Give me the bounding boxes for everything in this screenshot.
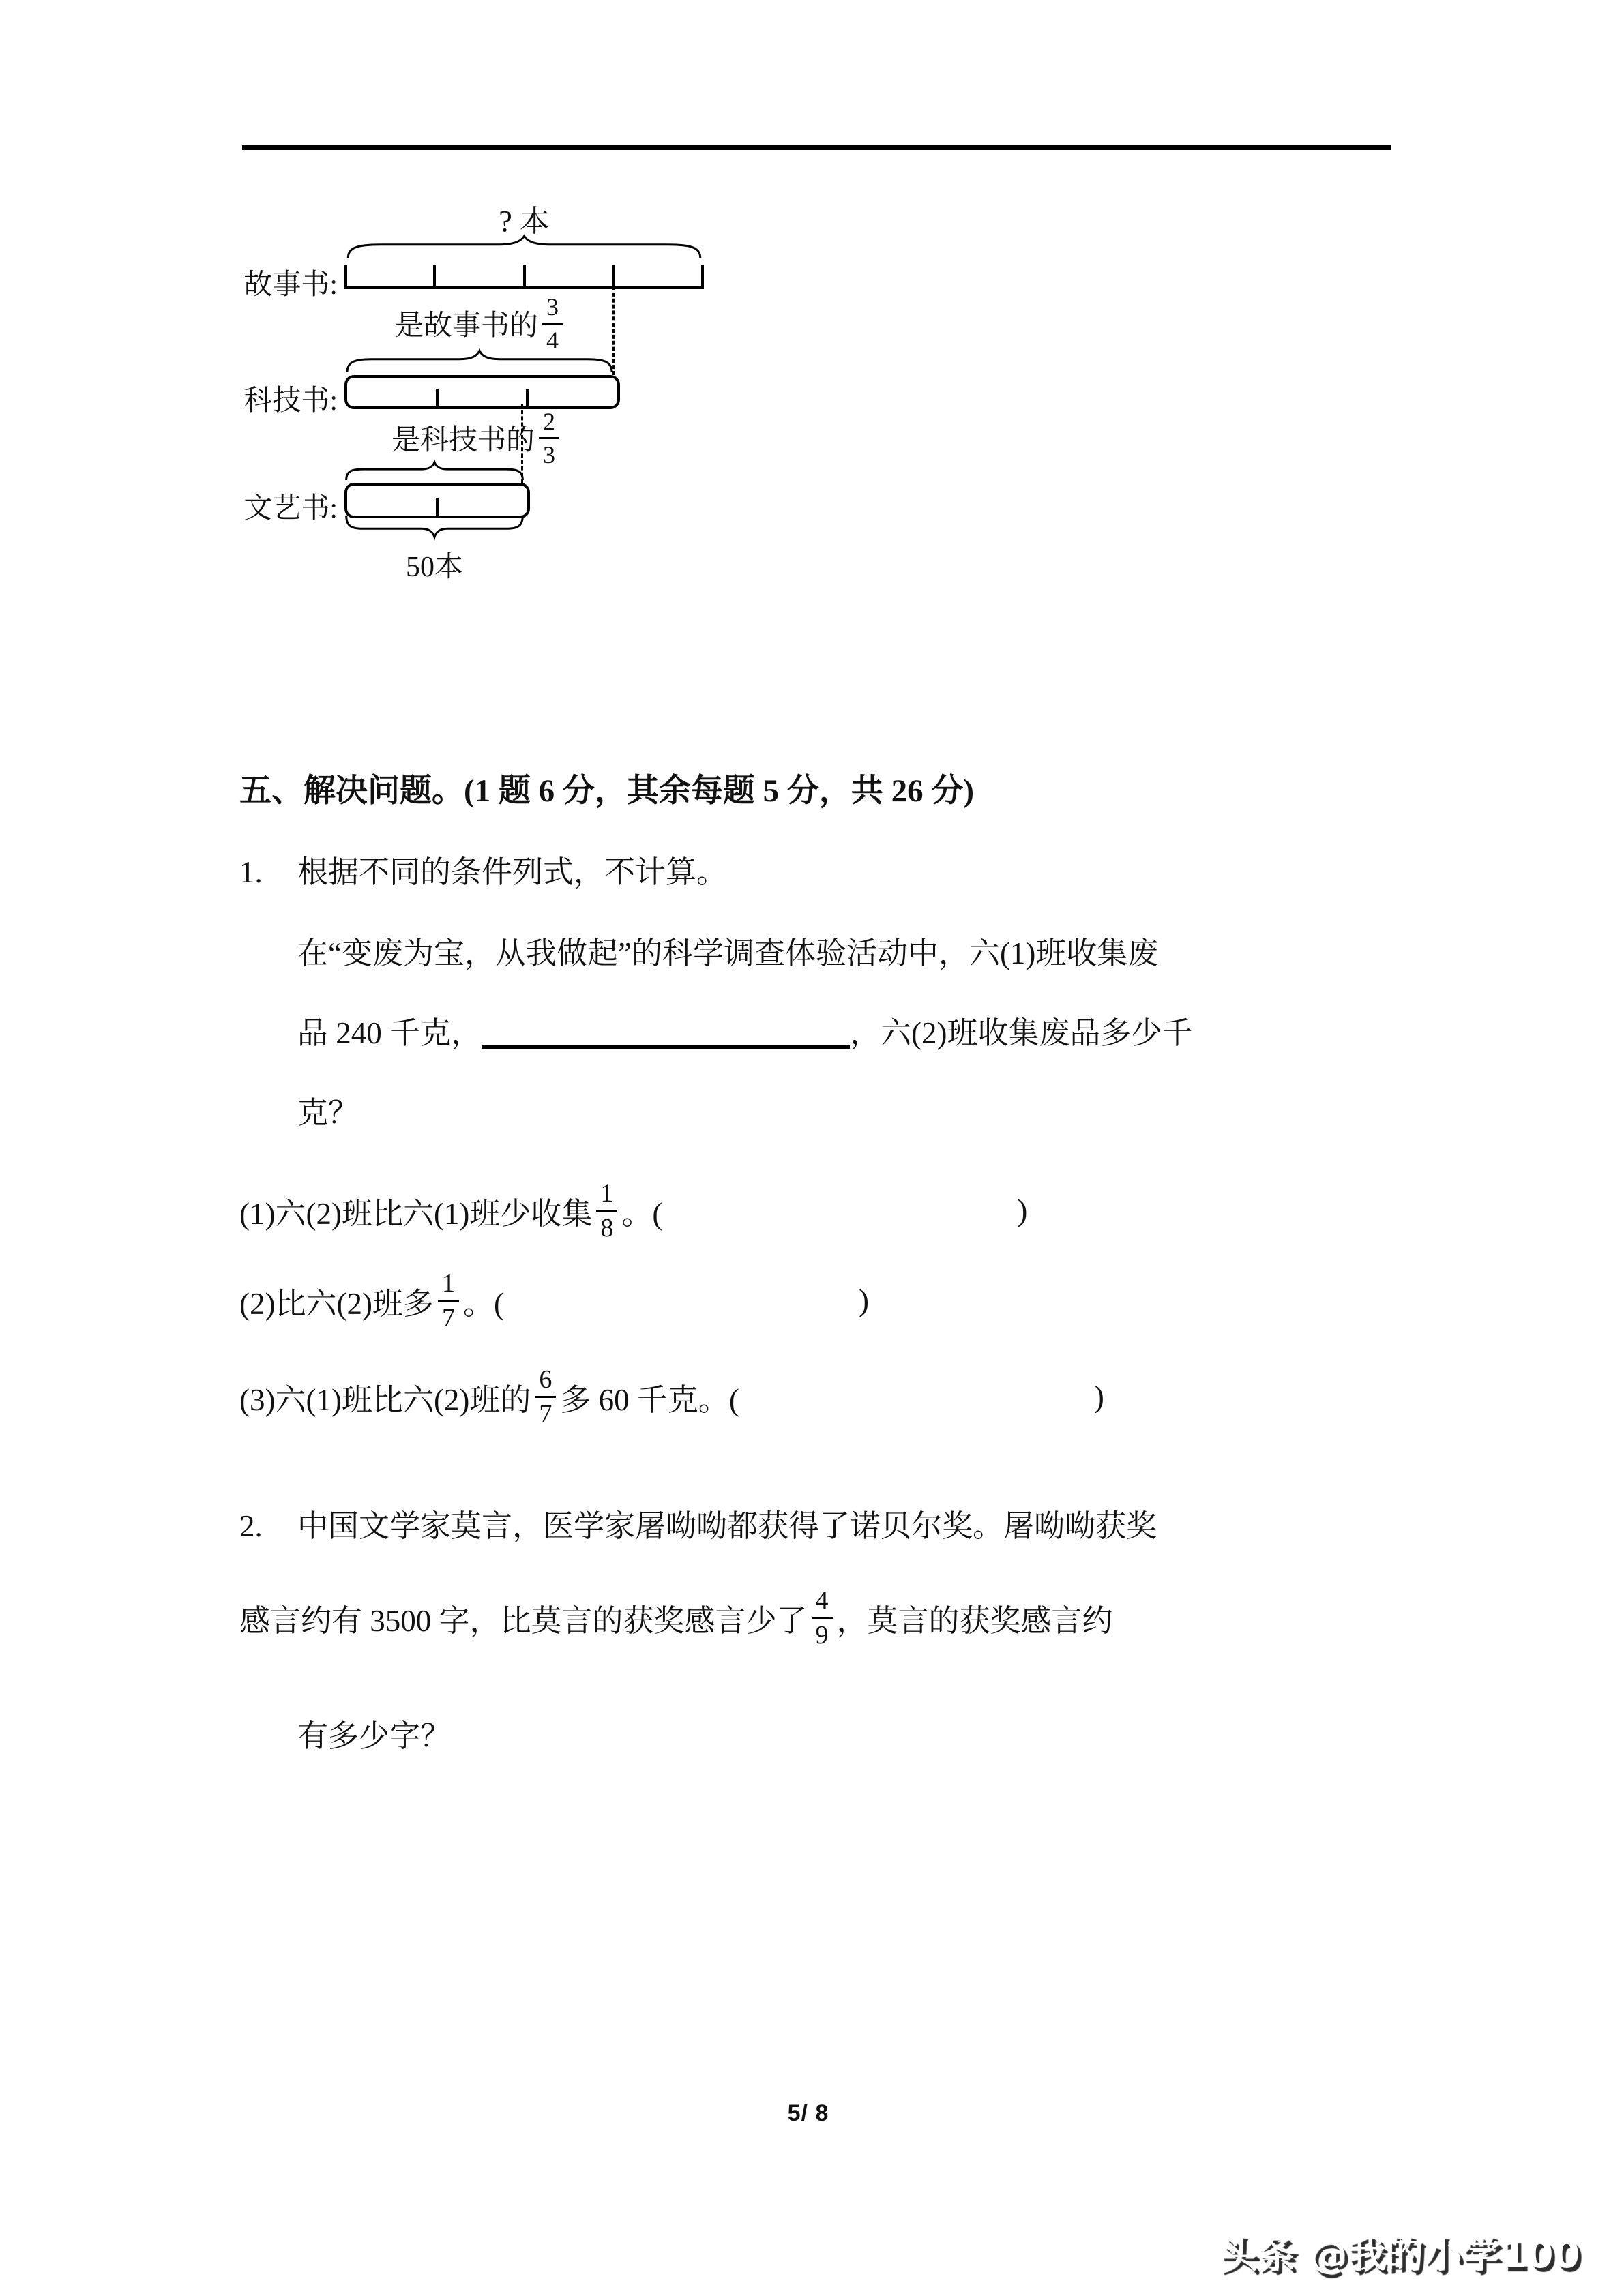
question-1-title: 根据不同的条件列式，不计算。 <box>297 855 727 889</box>
q1-sub3-close-paren: ) <box>1094 1379 1104 1414</box>
q1-sub1-text: (1)六(2)班比六(1)班少收集 <box>239 1189 592 1233</box>
q1-sub-question-1: (1)六(2)班比六(1)班少收集 1 8 。( ) <box>239 1176 1027 1244</box>
q1-sub1-after: 。( <box>621 1189 662 1233</box>
q1-body-line1: 在“变废为宝，从我做起”的科学调查体验活动中，六(1)班收集废 <box>297 935 1158 972</box>
q1-sub2-text: (2)比六(2)班多 <box>239 1279 434 1323</box>
literature-books-bar <box>344 483 530 518</box>
q2-line2-after: ，莫言的获奖感言约 <box>837 1596 1113 1640</box>
bar-tick <box>436 498 439 516</box>
bar-tick <box>433 265 436 289</box>
fraction-four-ninths: 4 9 <box>812 1587 833 1648</box>
bar-tick <box>701 265 704 289</box>
story-total-brace <box>344 235 704 258</box>
q1-sub-question-3: (3)六(1)班比六(2)班的 6 7 多 60 千克。( ) <box>239 1362 1104 1431</box>
fraction-one-seventh: 1 7 <box>438 1270 459 1331</box>
section-heading: 五、解决问题。(1 题 6 分，其余每题 5 分，共 26 分) <box>239 765 974 811</box>
q1-body-line2-before: 品 240 千克， <box>297 1016 482 1050</box>
question-1-number: 1. <box>239 854 297 891</box>
q1-body-line2-after: ，六(2)班收集废品多少千 <box>850 1016 1192 1050</box>
answer-blank-line <box>482 1039 850 1049</box>
story-books-label: 故事书: <box>225 262 338 303</box>
story-books-bar <box>344 265 704 289</box>
worksheet-page: ? 本 故事书: 是故事书的 3 4 科技书: <box>0 0 1624 2296</box>
literature-total-brace <box>344 461 525 480</box>
bar-tick <box>523 265 526 289</box>
fraction-two-thirds: 2 3 <box>539 409 559 467</box>
literature-books-label: 文艺书: <box>225 486 338 526</box>
q1-sub2-close-paren: ) <box>859 1283 869 1318</box>
total-question-label: ? 本 <box>344 196 704 240</box>
q1-sub1-close-paren: ) <box>1017 1193 1027 1228</box>
page-number: 5/ 8 <box>740 2100 876 2127</box>
fraction-three-fourths: 3 4 <box>542 295 563 353</box>
fraction-note-story: 是故事书的 3 4 <box>344 290 617 356</box>
science-total-brace <box>344 349 615 372</box>
q1-sub2-after: 。( <box>463 1279 504 1323</box>
q2-line2: 感言约有 3500 字，比莫言的获奖感言少了 4 9 ，莫言的获奖感言约 <box>239 1583 1113 1652</box>
science-books-label: 科技书: <box>225 378 338 419</box>
q2-line2-before: 感言约有 3500 字，比莫言的获奖感言少了 <box>239 1596 808 1640</box>
fraction-six-sevenths: 6 7 <box>535 1367 556 1427</box>
bar-tick <box>436 389 439 406</box>
watermark: 头条 @我的小学100 <box>1220 2224 1580 2279</box>
science-books-bar <box>344 375 620 409</box>
q1-sub-question-2: (2)比六(2)班多 1 7 。( ) <box>239 1266 869 1335</box>
fraction-note-story-text: 是故事书的 <box>395 303 538 344</box>
q1-sub3-after: 多 60 千克。( <box>560 1375 739 1419</box>
question-2-number: 2. <box>239 1508 297 1545</box>
q2-line1: 中国文学家莫言，医学家屠呦呦都获得了诺贝尔奖。屠呦呦获奖 <box>297 1509 1157 1543</box>
question-2-title-line: 2.中国文学家莫言，医学家屠呦呦都获得了诺贝尔奖。屠呦呦获奖 <box>239 1508 1157 1545</box>
bar-tick <box>344 265 347 289</box>
question-1-title-line: 1.根据不同的条件列式，不计算。 <box>239 854 727 891</box>
q2-line3: 有多少字？ <box>297 1718 451 1755</box>
fraction-one-eighth: 1 8 <box>596 1180 617 1241</box>
q1-body-line2: 品 240 千克，，六(2)班收集废品多少千 <box>297 1015 1193 1052</box>
bar-tick <box>526 389 529 406</box>
fifty-books-label: 50本 <box>344 544 525 585</box>
fraction-note-science-text: 是科技书的 <box>392 417 535 458</box>
header-rule <box>242 145 1391 150</box>
bar-tick <box>612 265 615 289</box>
q1-body-line3: 克？ <box>297 1094 359 1131</box>
q1-sub3-text: (3)六(1)班比六(2)班的 <box>239 1375 531 1419</box>
fifty-books-brace <box>344 516 525 539</box>
